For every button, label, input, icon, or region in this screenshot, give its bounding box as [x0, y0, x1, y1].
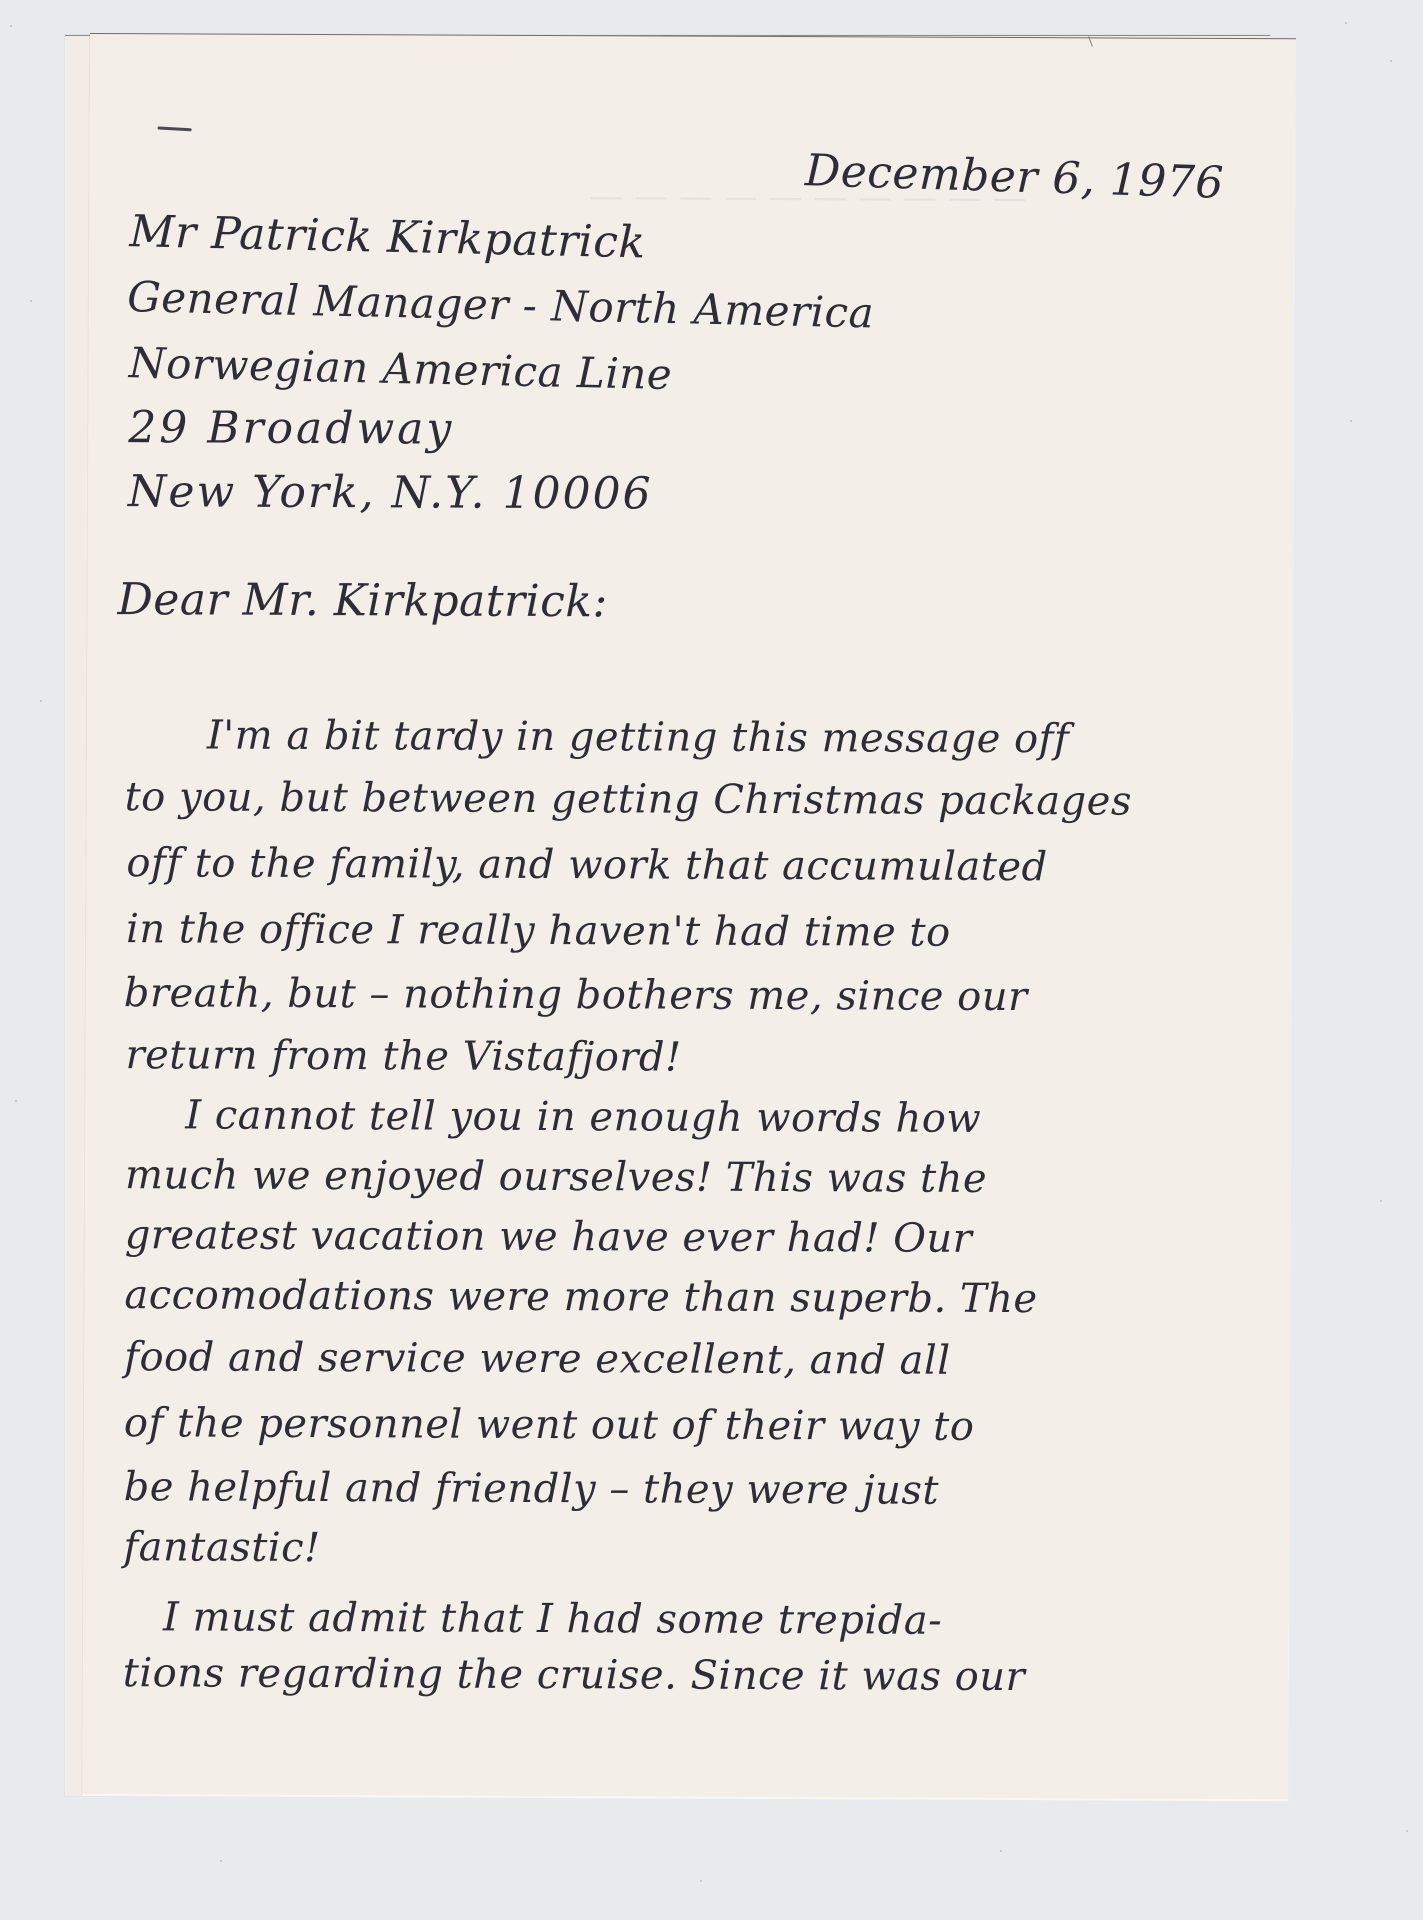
scan-speck	[1350, 420, 1352, 422]
body-line: in the office I really haven't had time …	[126, 906, 951, 956]
body-line: I cannot tell you in enough words how	[185, 1092, 981, 1141]
body-line: I must admit that I had some trepida-	[163, 1594, 942, 1643]
body-line: of the personnel went out of their way t…	[124, 1400, 975, 1450]
address-line-title: General Manager - North America	[127, 272, 875, 337]
body-line: fantastic!	[123, 1524, 320, 1571]
salutation: Dear Mr. Kirkpatrick:	[117, 574, 607, 627]
body-line: to you, but between getting Christmas pa…	[125, 774, 1132, 824]
address-line-street: 29 Broadway	[128, 402, 454, 454]
body-line: off to the family, and work that accumul…	[126, 840, 1047, 890]
body-line: greatest vacation we have ever had! Our	[125, 1212, 973, 1262]
scan-speck	[220, 1860, 222, 1862]
paper-notch	[1088, 36, 1103, 46]
scan-speck	[40, 700, 42, 702]
scan-speck	[1406, 1830, 1408, 1832]
body-line: tions regarding the cruise. Since it was…	[123, 1650, 1026, 1700]
scan-speck	[1345, 22, 1347, 24]
scan-speck	[1000, 1850, 1002, 1852]
pen-dash-mark	[158, 126, 192, 131]
scan-speck	[30, 300, 32, 302]
scan-speck	[1380, 1200, 1382, 1202]
address-line-company: Norwegian America Line	[128, 338, 672, 399]
body-line: return from the Vistafjord!	[125, 1032, 681, 1080]
body-line: be helpful and friendly – they were just	[124, 1464, 940, 1514]
body-line: accomodations were more than superb. The	[124, 1272, 1037, 1322]
scan-speck	[700, 1880, 702, 1882]
scan-speck	[1390, 60, 1392, 62]
letter-page: — — — — — — — — — — December 6, 1976 Mr …	[82, 33, 1296, 1801]
body-line: much we enjoyed ourselves! This was the	[125, 1152, 987, 1202]
address-line-name: Mr Patrick Kirkpatrick	[129, 206, 646, 268]
scan-speck	[10, 25, 12, 27]
body-line: I'm a bit tardy in getting this message …	[207, 713, 1069, 763]
address-line-city: New York, N.Y. 10006	[128, 466, 653, 519]
body-line: breath, but – nothing bothers me, since …	[124, 970, 1028, 1020]
scan-speck	[15, 1100, 17, 1102]
body-line: food and service were excellent, and all	[124, 1334, 951, 1384]
